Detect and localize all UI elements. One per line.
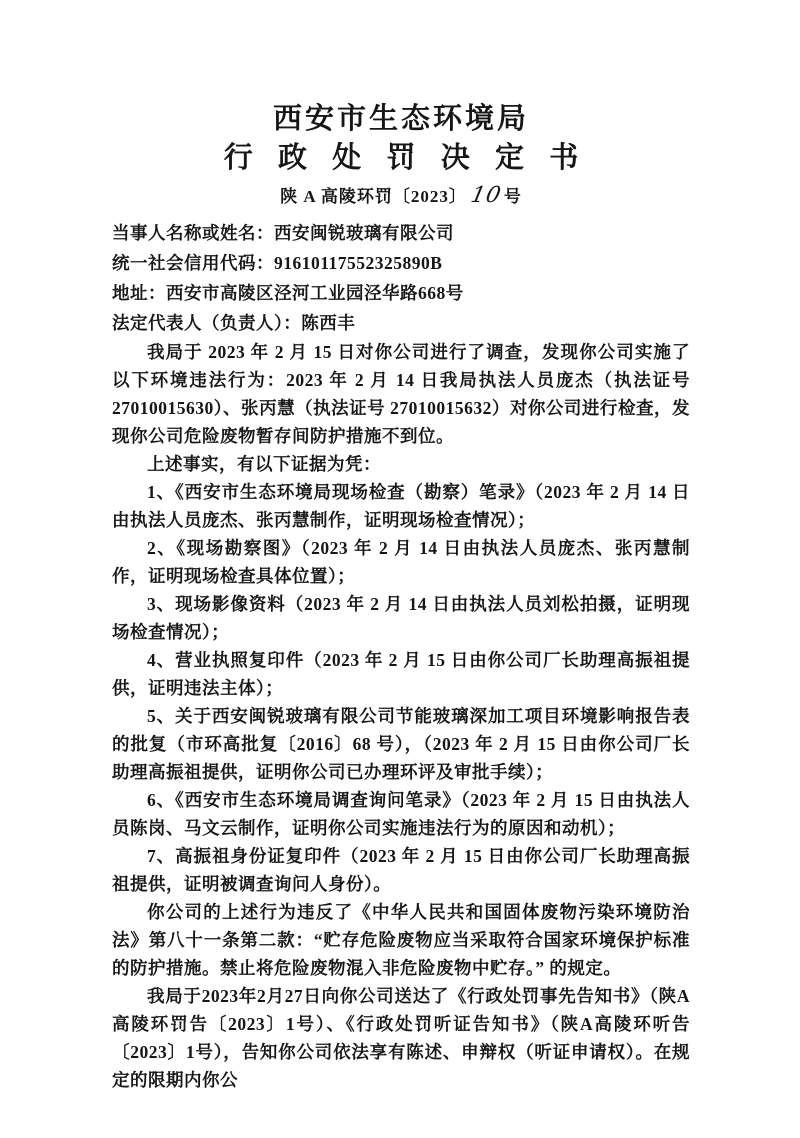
paragraph-notification: 我局于2023年2月27日向你公司送达了《行政处罚事先告知书》（陕A高陵环罚告〔… [112, 982, 690, 1094]
evidence-item-5: 5、关于西安闽锐玻璃有限公司节能玻璃深加工项目环境影响报告表的批复（市环高批复〔… [112, 702, 690, 786]
evidence-item-4: 4、营业执照复印件（2023 年 2 月 15 日由你公司厂长助理高振祖提供，证… [112, 646, 690, 702]
paragraph-investigation: 我局于 2023 年 2 月 15 日对你公司进行了调查，发现你公司实施了以下环… [112, 338, 690, 450]
paragraph-facts-intro: 上述事实，有以下证据为凭： [112, 450, 690, 478]
credit-code-field: 统一社会信用代码：91610117552325890B [112, 248, 690, 278]
party-name-value: 西安闽锐玻璃有限公司 [274, 223, 454, 243]
evidence-item-2: 2、《现场勘察图》（2023 年 2 月 14 日由执法人员庞杰、张丙慧制作，证… [112, 534, 690, 590]
address-field: 地址：西安市高陵区泾河工业园泾华路668号 [112, 278, 690, 308]
address-value: 西安市高陵区泾河工业园泾华路668号 [166, 283, 464, 303]
document-number-handwritten: 10 [465, 185, 507, 207]
document-page: 西安市生态环境局 行 政 处 罚 决 定 书 陕 A 高陵环罚〔2023〕10号… [0, 0, 800, 1138]
document-number-suffix: 号 [504, 187, 522, 206]
legal-representative-field: 法定代表人（负责人）：陈西丰 [112, 308, 690, 338]
paragraph-legal-basis: 你公司的上述行为违反了《中华人民共和国固体废物污染环境防治法》第八十一条第二款：… [112, 898, 690, 982]
evidence-item-6: 6、《西安市生态环境局调查询问笔录》（2023 年 2 月 15 日由执法人员陈… [112, 786, 690, 842]
credit-code-value: 91610117552325890B [274, 253, 442, 273]
party-name-label: 当事人名称或姓名： [112, 223, 274, 243]
credit-code-label: 统一社会信用代码： [112, 253, 274, 273]
address-label: 地址： [112, 283, 166, 303]
document-number-prefix: 陕 A 高陵环罚〔2023〕 [280, 187, 467, 206]
issuing-authority-title: 西安市生态环境局 [112, 103, 690, 135]
document-number: 陕 A 高陵环罚〔2023〕10号 [112, 185, 690, 209]
evidence-item-1: 1、《西安市生态环境局现场检查（勘察）笔录》（2023 年 2 月 14 日由执… [112, 478, 690, 534]
legal-representative-label: 法定代表人（负责人）： [112, 313, 301, 333]
party-name-field: 当事人名称或姓名：西安闽锐玻璃有限公司 [112, 218, 690, 248]
evidence-item-3: 3、现场影像资料（2023 年 2 月 14 日由执法人员刘松拍摄，证明现场检查… [112, 590, 690, 646]
document-type-title: 行 政 处 罚 决 定 书 [112, 142, 690, 174]
document-body: 当事人名称或姓名：西安闽锐玻璃有限公司 统一社会信用代码：91610117552… [112, 218, 690, 1094]
evidence-item-7: 7、高振祖身份证复印件（2023 年 2 月 15 日由你公司厂长助理高振祖提供… [112, 842, 690, 898]
legal-representative-value: 陈西丰 [301, 313, 355, 333]
